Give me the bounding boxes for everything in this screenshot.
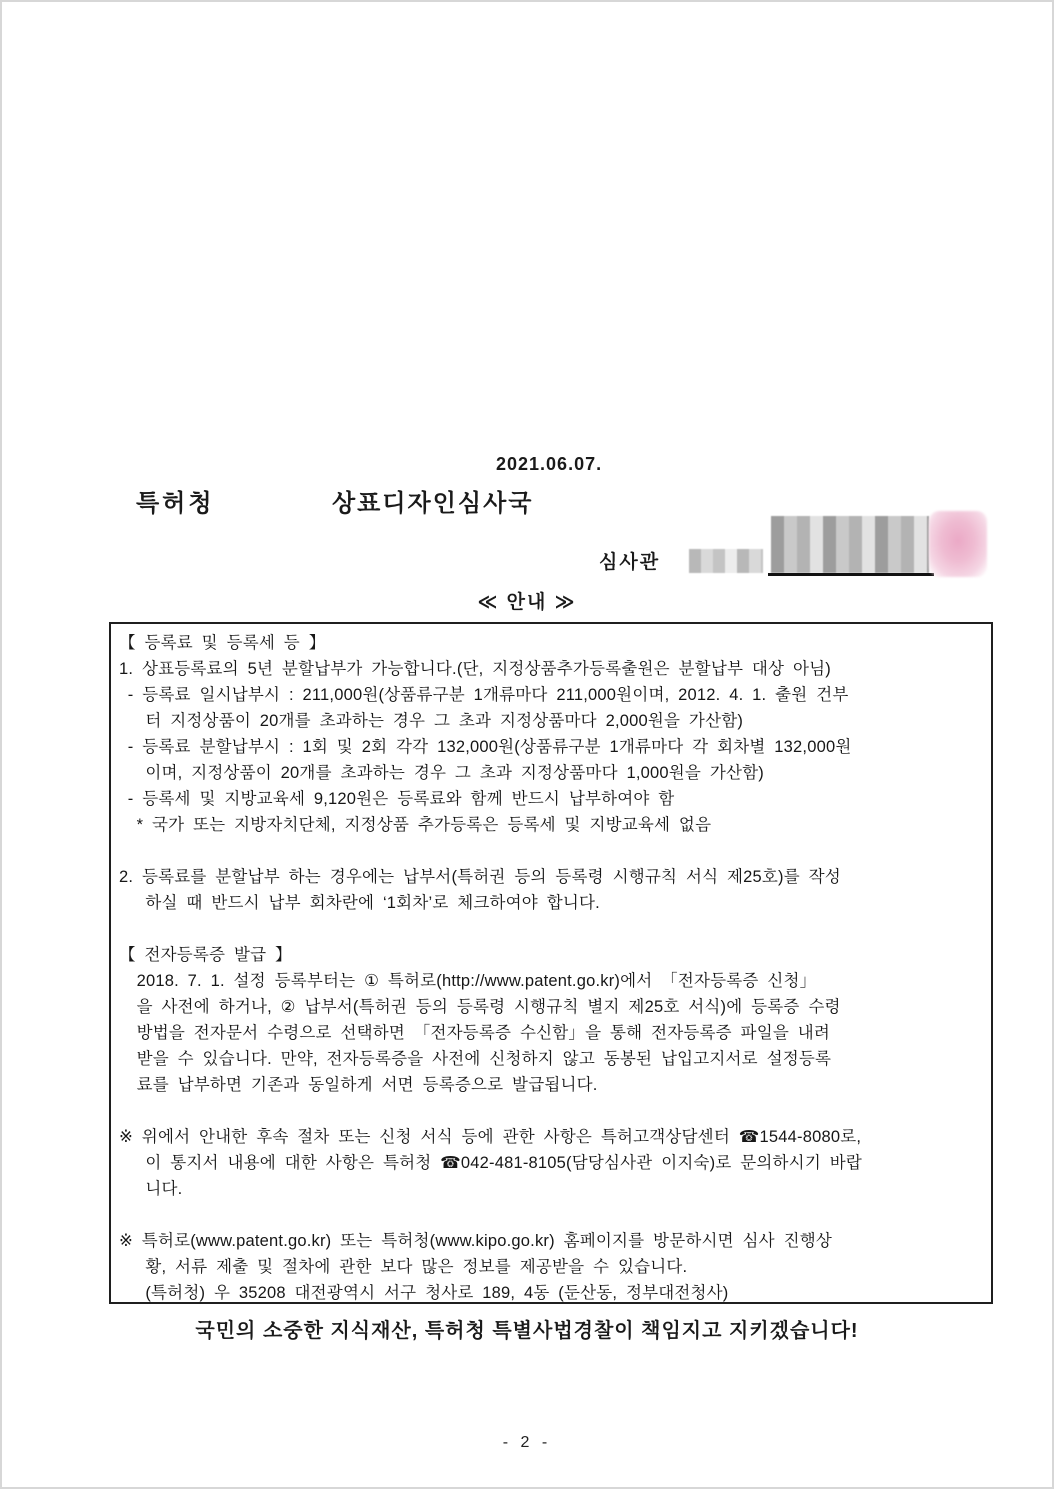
redacted-examiner-title	[689, 549, 763, 573]
notice-line	[119, 1202, 983, 1228]
document-page: 2021.06.07. 특허청 상표디자인심사국 심사관 ≪ 안내 ≫ 【 등록…	[0, 0, 1054, 1489]
notice-line: 【 등록료 및 등록세 등 】	[119, 630, 983, 656]
notice-line: 이며, 지정상품이 20개를 초과하는 경우 그 초과 지정상품마다 1,000…	[119, 760, 983, 786]
examiner-stamp-icon	[929, 511, 987, 577]
notice-line: - 등록료 분할납부시 : 1회 및 2회 각각 132,000원(상품류구분 …	[119, 734, 983, 760]
notice-line	[119, 838, 983, 864]
notice-line: 받을 수 있습니다. 만약, 전자등록증을 사전에 신청하지 않고 동봉된 납입…	[119, 1046, 983, 1072]
notice-title: ≪ 안내 ≫	[2, 587, 1052, 614]
signature-underline	[768, 573, 934, 576]
bureau-name: 상표디자인심사국	[332, 483, 533, 518]
notice-line: - 등록세 및 지방교육세 9,120원은 등록료와 함께 반드시 납부하여야 …	[119, 786, 983, 812]
notice-line: 2. 등록료를 분할납부 하는 경우에는 납부서(특허권 등의 등록령 시행규칙…	[119, 864, 983, 890]
notice-line: 1. 상표등록료의 5년 분할납부가 가능합니다.(단, 지정상품추가등록출원은…	[119, 656, 983, 682]
notice-line: 방법을 전자문서 수령으로 선택하면 「전자등록증 수신함」을 통해 전자등록증…	[119, 1020, 983, 1046]
page-number: - 2 -	[2, 1434, 1052, 1452]
notice-line: * 국가 또는 지방자치단체, 지정상품 추가등록은 등록세 및 지방교육세 없…	[119, 812, 983, 838]
notice-line: (특허청) 우 35208 대전광역시 서구 청사로 189, 4동 (둔산동,…	[119, 1280, 983, 1304]
redacted-examiner-name	[771, 516, 929, 573]
notice-box: 【 등록료 및 등록세 등 】 1. 상표등록료의 5년 분할납부가 가능합니다…	[109, 622, 993, 1304]
notice-line: ※ 위에서 안내한 후속 절차 또는 신청 서식 등에 관한 사항은 특허고객상…	[119, 1124, 983, 1150]
document-date: 2021.06.07.	[496, 454, 602, 475]
notice-line: 하실 때 반드시 납부 회차란에 ‘1회차’로 체크하여야 합니다.	[119, 890, 983, 916]
notice-line	[119, 1098, 983, 1124]
notice-line: 【 전자등록증 발급 】	[119, 942, 983, 968]
notice-line: 니다.	[119, 1176, 983, 1202]
notice-line: 료를 납부하면 기존과 동일하게 서면 등록증으로 발급됩니다.	[119, 1072, 983, 1098]
notice-line: 을 사전에 하거나, ② 납부서(특허권 등의 등록령 시행규칙 별지 제25호…	[119, 994, 983, 1020]
notice-line: 이 통지서 내용에 대한 사항은 특허청 ☎042-481-8105(담당심사관…	[119, 1150, 983, 1176]
notice-line: ※ 특허로(www.patent.go.kr) 또는 특허청(www.kipo.…	[119, 1228, 983, 1254]
notice-line: 2018. 7. 1. 설정 등록부터는 ① 특허로(http://www.pa…	[119, 968, 983, 994]
slogan-text: 국민의 소중한 지식재산, 특허청 특별사법경찰이 책임지고 지키겠습니다!	[2, 1314, 1052, 1343]
notice-line	[119, 916, 983, 942]
agency-name: 특허청	[136, 483, 215, 518]
examiner-label: 심사관	[599, 547, 660, 574]
notice-line: - 등록료 일시납부시 : 211,000원(상품류구분 1개류마다 211,0…	[119, 682, 983, 708]
notice-line: 황, 서류 제출 및 절차에 관한 보다 많은 정보를 제공받을 수 있습니다.	[119, 1254, 983, 1280]
notice-line: 터 지정상품이 20개를 초과하는 경우 그 초과 지정상품마다 2,000원을…	[119, 708, 983, 734]
